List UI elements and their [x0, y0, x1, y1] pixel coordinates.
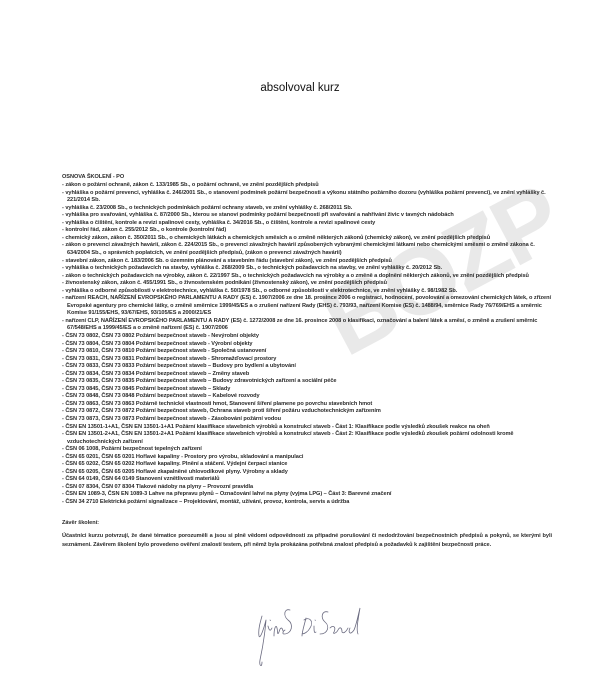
document-title: absolvoval kurz — [0, 82, 600, 94]
syllabus-item: - ČSN EN 13501-2+A1, ČSN EN 13501-2+A1 P… — [62, 431, 552, 446]
syllabus-item: - ČSN 73 0835, ČSN 73 0835 Požární bezpe… — [62, 378, 552, 386]
conclusion-heading: Závěr školení: — [62, 520, 552, 528]
syllabus-item: - vyhláška o technických požadavcích na … — [62, 265, 552, 273]
syllabus-item: - ČSN 73 0873, ČSN 73 0873 Požární bezpe… — [62, 416, 552, 424]
syllabus-item: - vyhláška o požární prevenci, vyhláška … — [62, 190, 552, 205]
syllabus-item: - vyhláška č. 23/2008 Sb., o technických… — [62, 205, 552, 213]
signature-icon — [250, 598, 380, 673]
syllabus-item: - ČSN EN 1089-3, ČSN EN 1089-3 Lahve na … — [62, 491, 552, 499]
conclusion-text: Účastníci kurzu potvrzují, že dané témat… — [62, 532, 552, 549]
syllabus-item: - ČSN 73 0848, ČSN 73 0848 Požární bezpe… — [62, 393, 552, 401]
syllabus-item: - zákon o prevenci závažných havárií, zá… — [62, 242, 552, 257]
syllabus-item: - vyhláška pro svařování, vyhláška č. 87… — [62, 212, 552, 220]
syllabus-item: - ČSN 06 1008, Požární bezpečnost tepeln… — [62, 446, 552, 454]
syllabus-list: - zákon o požární ochraně, zákon č. 133/… — [62, 182, 552, 507]
syllabus-heading: OSNOVA ŠKOLENÍ - PO — [62, 174, 552, 182]
syllabus-item: - ČSN 73 0804, ČSN 73 0804 Požární bezpe… — [62, 341, 552, 349]
syllabus-section: OSNOVA ŠKOLENÍ - PO - zákon o požární oc… — [62, 174, 552, 549]
syllabus-item: - stavební zákon, zákon č. 183/2006 Sb. … — [62, 258, 552, 266]
syllabus-item: - živnostenský zákon, zákon č. 455/1991 … — [62, 280, 552, 288]
syllabus-item: - vyhláška o čištění, kontrole a revizi … — [62, 220, 552, 228]
syllabus-item: - zákon o požární ochraně, zákon č. 133/… — [62, 182, 552, 190]
signature — [250, 598, 380, 673]
syllabus-item: - ČSN 73 0833, ČSN 73 0833 Požární bezpe… — [62, 363, 552, 371]
syllabus-item: - kontrolní řád, zákon č. 255/2012 Sb., … — [62, 227, 552, 235]
syllabus-item: - ČSN EN 13501-1+A1, ČSN EN 13501-1+A1 P… — [62, 424, 552, 432]
syllabus-item: - ČSN 64 0149, ČSN 64 0149 Stanovení vzn… — [62, 476, 552, 484]
syllabus-item: - ČSN 73 0810, ČSN 73 0810 Požární bezpe… — [62, 348, 552, 356]
syllabus-item: - nařízení CLP, NAŘÍZENÍ EVROPSKÉHO PARL… — [62, 318, 552, 333]
syllabus-item: - ČSN 73 0802, ČSN 73 0802 Požární bezpe… — [62, 333, 552, 341]
syllabus-item: - ČSN 34 2710 Elektrická požární signali… — [62, 499, 552, 507]
syllabus-item: - ČSN 73 0872, ČSN 73 0872 Požární bezpe… — [62, 408, 552, 416]
syllabus-item: - ČSN 65 0202, ČSN 65 0202 Hořlavé kapal… — [62, 461, 552, 469]
syllabus-item: - nařízení REACH, NAŘÍZENÍ EVROPSKÉHO PA… — [62, 295, 552, 318]
